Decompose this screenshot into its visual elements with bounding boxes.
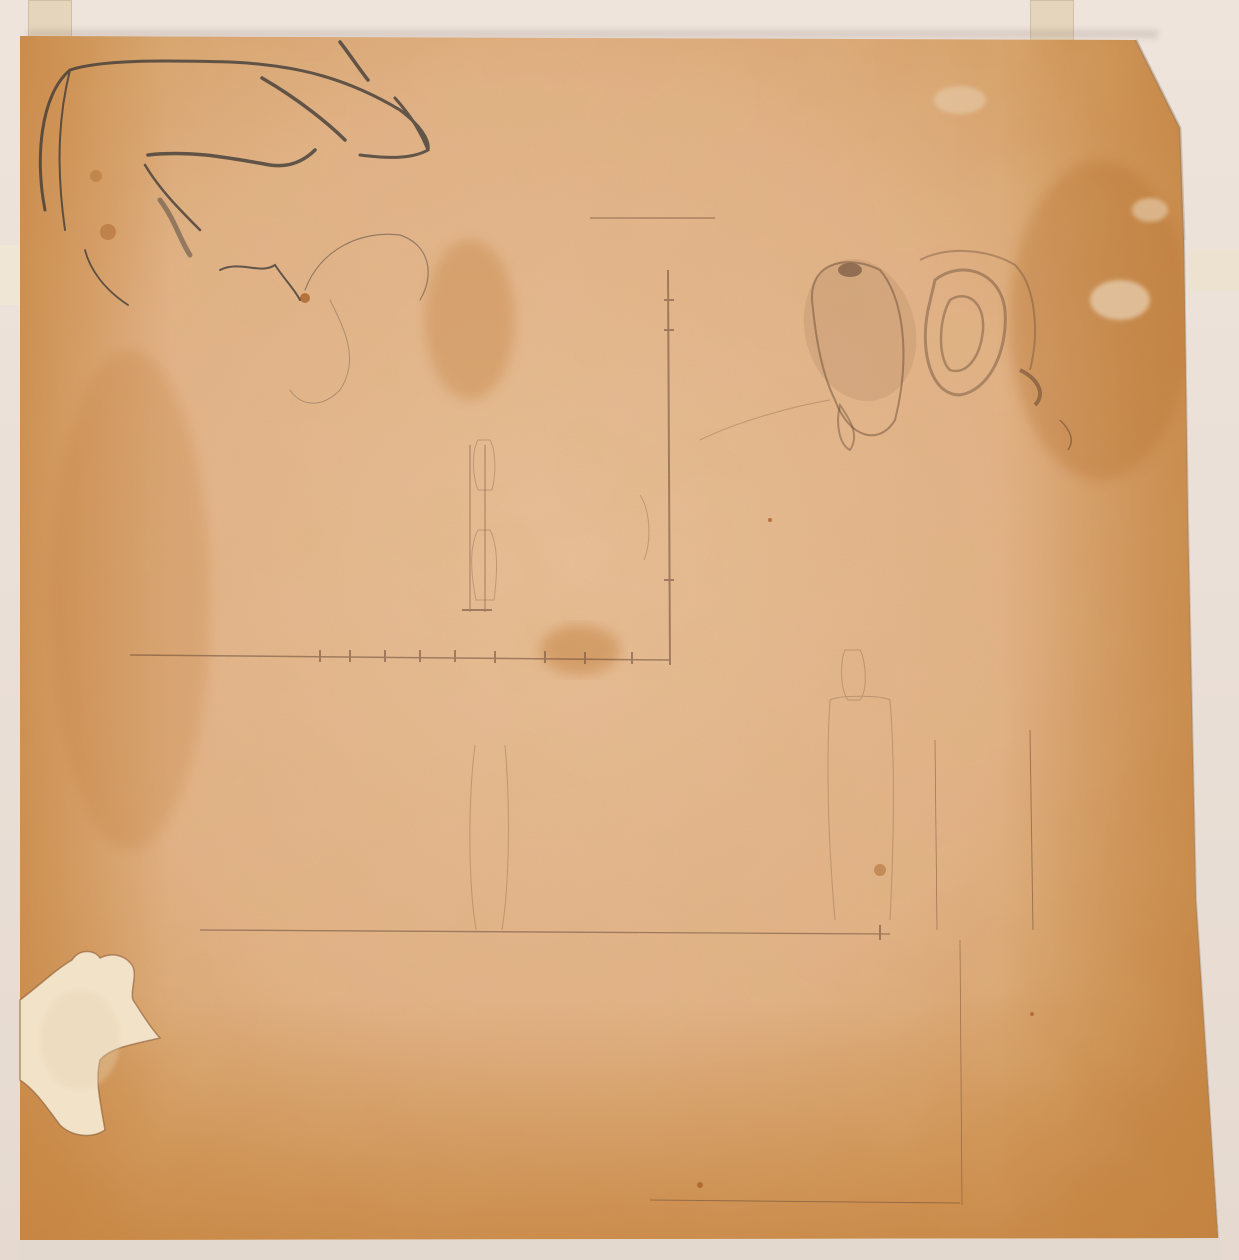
paper-surface bbox=[0, 0, 1239, 1260]
drawing-sheet bbox=[0, 0, 1239, 1260]
